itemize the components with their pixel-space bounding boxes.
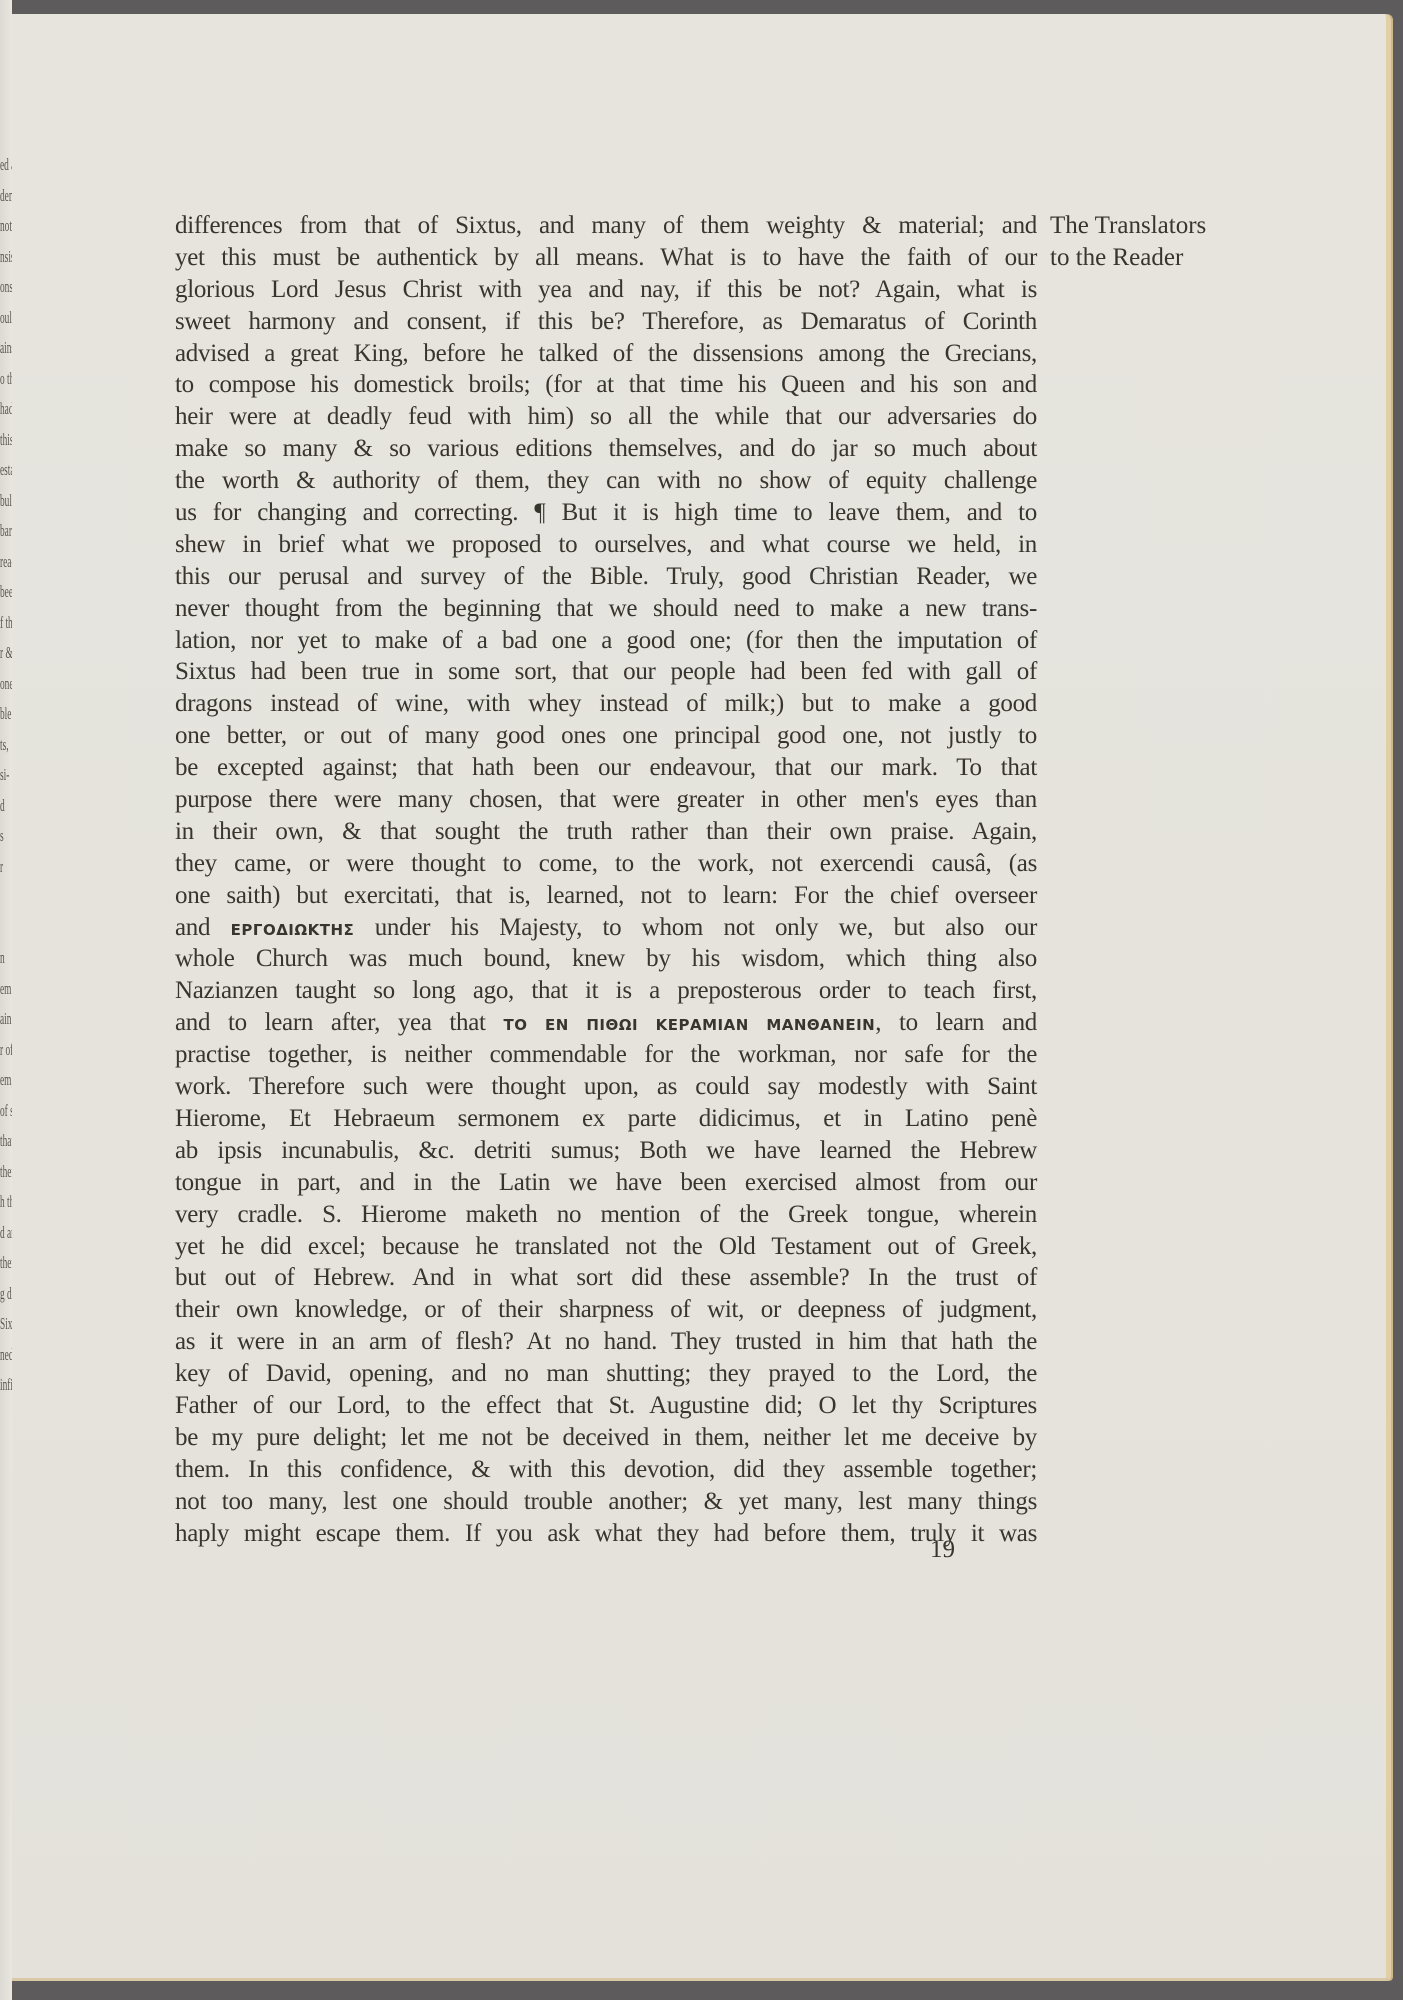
text-line: not too many, lest one should trouble an… [175, 1486, 1037, 1518]
text-line: as it were in an arm of flesh? At no han… [175, 1326, 1037, 1358]
text-line: tongue in part, and in the Latin we have… [175, 1167, 1037, 1199]
text-line: Sixtus had been true in some sort, that … [175, 656, 1037, 688]
margin-note-line-2: to the Reader [1050, 242, 1206, 274]
margin-note-line-1: The Translators [1050, 210, 1206, 242]
text-line: and ΕΡΓΟΔΙΩΚΤΗΣ under his Majesty, to wh… [175, 912, 1037, 944]
text-line: Hierome, Et Hebraeum sermonem ex parte d… [175, 1103, 1037, 1135]
text-line: this our perusal and survey of the Bible… [175, 561, 1037, 593]
text-line: sweet harmony and consent, if this be? T… [175, 306, 1037, 338]
text-line: shew in brief what we proposed to oursel… [175, 529, 1037, 561]
text-line: in their own, & that sought the truth ra… [175, 816, 1037, 848]
text-line: never thought from the beginning that we… [175, 593, 1037, 625]
text-line: Nazianzen taught so long ago, that it is… [175, 975, 1037, 1007]
text-line: work. Therefore such were thought upon, … [175, 1071, 1037, 1103]
greek-phrase: ΤΟ ΕΝ ΠΙΘΩΙ ΚΕΡΑΜΙΑΝ ΜΑΝΘΑΝΕΙΝ [503, 1016, 875, 1034]
text-line: purpose there were many chosen, that wer… [175, 784, 1037, 816]
running-head-margin-note: The Translators to the Reader [1050, 210, 1206, 274]
text-line: their own knowledge, or of their sharpne… [175, 1294, 1037, 1326]
text-line: glorious Lord Jesus Christ with yea and … [175, 274, 1037, 306]
text-line: but out of Hebrew. And in what sort did … [175, 1262, 1037, 1294]
text-line: differences from that of Sixtus, and man… [175, 210, 1037, 242]
text-line: dragons instead of wine, with whey inste… [175, 688, 1037, 720]
text-line: very cradle. S. Hierome maketh no mentio… [175, 1199, 1037, 1231]
text-line: whole Church was much bound, knew by his… [175, 943, 1037, 975]
text-line: one saith) but exercitati, that is, lear… [175, 880, 1037, 912]
text-line: them. In this confidence, & with this de… [175, 1454, 1037, 1486]
text-line: and to learn after, yea that ΤΟ ΕΝ ΠΙΘΩΙ… [175, 1007, 1037, 1039]
text-line: haply might escape them. If you ask what… [175, 1518, 1037, 1550]
text-line: the worth & authority of them, they can … [175, 465, 1037, 497]
text-line: be my pure delight; let me not be deceiv… [175, 1422, 1037, 1454]
text-line: make so many & so various editions thems… [175, 433, 1037, 465]
text-line: ab ipsis incunabulis, &c. detriti sumus;… [175, 1135, 1037, 1167]
text-line: lation, nor yet to make of a bad one a g… [175, 625, 1037, 657]
text-line: be excepted against; that hath been our … [175, 752, 1037, 784]
text-line: key of David, opening, and no man shutti… [175, 1358, 1037, 1390]
text-line: they came, or were thought to come, to t… [175, 848, 1037, 880]
text-line: yet this must be authentick by all means… [175, 242, 1037, 274]
text-line: Father of our Lord, to the effect that S… [175, 1390, 1037, 1422]
text-line: heir were at deadly feud with him) so al… [175, 401, 1037, 433]
text-line: practise together, is neither commendabl… [175, 1039, 1037, 1071]
page-number: 19 [930, 1536, 955, 1564]
book-page: differences from that of Sixtus, and man… [12, 14, 1391, 1981]
greek-phrase: ΕΡΓΟΔΙΩΚΤΗΣ [231, 921, 355, 939]
text-line: yet he did excel; because he translated … [175, 1231, 1037, 1263]
text-line: to compose his domestick broils; (for at… [175, 369, 1037, 401]
text-line: us for changing and correcting. ¶ But it… [175, 497, 1037, 529]
text-line: advised a great King, before he talked o… [175, 338, 1037, 370]
body-text: differences from that of Sixtus, and man… [175, 210, 1037, 1549]
text-line: one better, or out of many good ones one… [175, 720, 1037, 752]
